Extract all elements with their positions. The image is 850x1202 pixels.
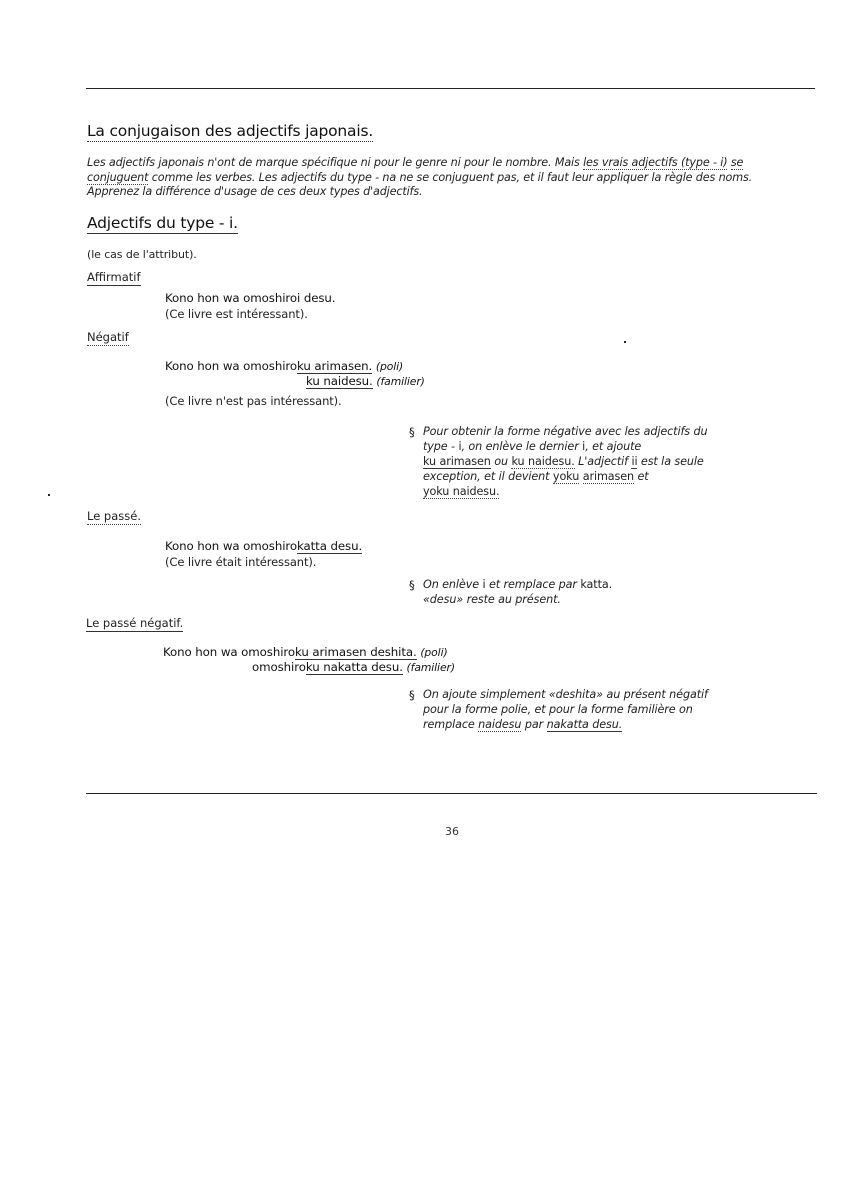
stray-mark xyxy=(624,341,626,343)
note-term-nakatta-desu: nakatta desu. xyxy=(547,718,623,732)
page-title: La conjugaison des adjectifs japonais. xyxy=(87,122,373,142)
note-text: et xyxy=(634,470,649,483)
passe-translation: (Ce livre était intéressant). xyxy=(165,555,316,569)
note-term-ku-arimasen: ku arimasen xyxy=(423,455,491,469)
top-rule xyxy=(86,88,815,89)
negatif-example-poli: Kono hon wa omoshiroku arimasen. (poli) xyxy=(165,359,403,373)
affirmatif-example: Kono hon wa omoshiroi desu. xyxy=(165,291,335,305)
intro-text-1: Les adjectifs japonais n'ont de marque s… xyxy=(87,156,583,169)
note-text: On enlève xyxy=(423,578,482,591)
note-term-ku-naidesu: ku naidesu. xyxy=(511,455,574,469)
passe-example: Kono hon wa omoshirokatta desu. xyxy=(165,539,362,553)
note-term-naidesu: naidesu xyxy=(478,718,521,732)
negatif-note-symbol: § xyxy=(409,425,415,439)
passe-negatif-note: On ajoute simplement «deshita» au présen… xyxy=(423,687,733,732)
passe-negatif-stem-2: omoshiro xyxy=(252,660,306,674)
negatif-ending-poli: ku arimasen. xyxy=(297,359,372,374)
note-term-arimasen: arimasen xyxy=(583,470,634,484)
passe-negatif-example-familier: omoshiroku nakatta desu. (familier) xyxy=(252,660,455,674)
stray-mark xyxy=(48,494,50,496)
affirmatif-translation: (Ce livre est intéressant). xyxy=(165,307,308,321)
passe-ending: katta desu. xyxy=(297,539,362,554)
affirmatif-label: Affirmatif xyxy=(87,270,141,286)
passe-label: Le passé. xyxy=(87,509,141,525)
note-text: «desu» reste au présent. xyxy=(423,593,561,606)
passe-negatif-example-poli: Kono hon wa omoshiroku arimasen deshita.… xyxy=(163,645,448,659)
negatif-example-familier: ku naidesu. (familier) xyxy=(306,374,425,388)
note-text: L'adjectif xyxy=(575,455,632,468)
negatif-translation: (Ce livre n'est pas intéressant). xyxy=(165,394,342,408)
intro-paragraph: Les adjectifs japonais n'ont de marque s… xyxy=(87,156,777,200)
passe-negatif-label: Le passé négatif. xyxy=(86,616,183,632)
passe-negatif-register-poli: (poli) xyxy=(420,646,447,659)
intro-term-true-adjectives: les vrais adjectifs (type - i) xyxy=(583,156,727,170)
passe-negatif-register-familier: (familier) xyxy=(407,661,455,674)
passe-negatif-ending-familier: ku nakatta desu. xyxy=(306,660,403,675)
note-term-katta: katta. xyxy=(580,578,612,591)
passe-negatif-stem: Kono hon wa omoshiro xyxy=(163,645,295,659)
section-title: Adjectifs du type - i. xyxy=(87,214,238,234)
negatif-note: Pour obtenir la forme négative avec les … xyxy=(423,424,728,499)
negatif-register-poli: (poli) xyxy=(376,360,403,373)
passe-note: On enlève i et remplace par katta. «desu… xyxy=(423,577,723,607)
intro-text-3: comme les verbes. Les adjectifs du type … xyxy=(87,171,752,199)
note-text: , et ajoute xyxy=(585,440,641,453)
note-text: ou xyxy=(491,455,512,468)
negatif-stem: Kono hon wa omoshiro xyxy=(165,359,297,373)
note-text: par xyxy=(521,718,546,731)
passe-negatif-ending-poli: ku arimasen deshita. xyxy=(295,645,417,660)
page-number: 36 xyxy=(445,825,459,838)
bottom-rule xyxy=(86,793,817,794)
note-text: , on enlève le dernier xyxy=(461,440,582,453)
passe-note-symbol: § xyxy=(409,578,415,592)
note-term-yoku: yoku xyxy=(553,470,579,484)
passe-stem: Kono hon wa omoshiro xyxy=(165,539,297,553)
note-term-yoku-naidesu: yoku naidesu. xyxy=(423,485,499,499)
negatif-label: Négatif xyxy=(87,330,129,346)
negatif-register-familier: (familier) xyxy=(376,375,424,388)
passe-negatif-note-symbol: § xyxy=(409,688,415,702)
negatif-ending-familier: ku naidesu. xyxy=(306,374,373,389)
section-subtitle: (le cas de l'attribut). xyxy=(87,248,197,261)
note-text: et remplace par xyxy=(486,578,581,591)
